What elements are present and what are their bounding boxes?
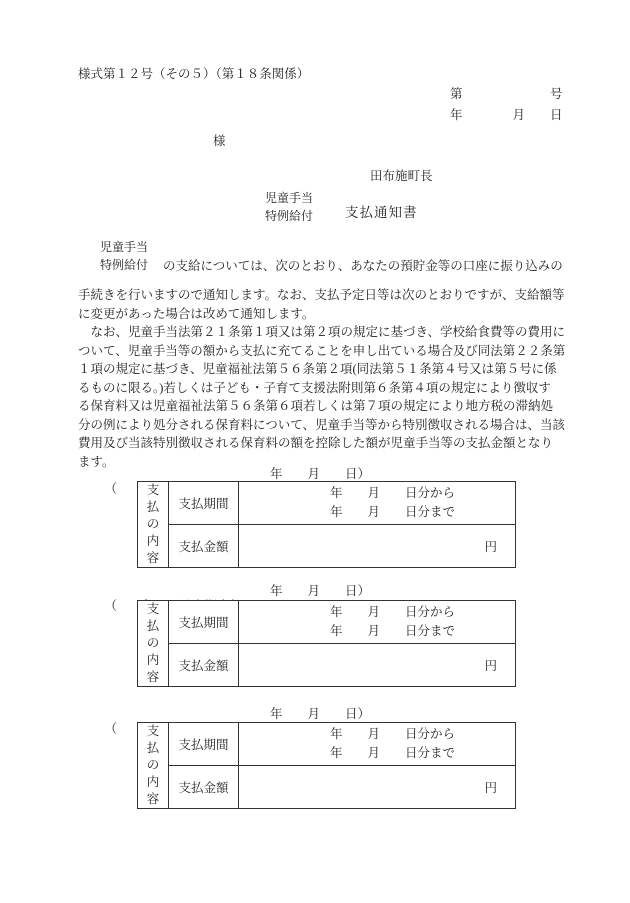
period-cell: 年 月 日分から 年 月 日分まで [239,601,515,643]
body-line: に変更があった場合は改めて通知します。 [78,305,578,324]
document-number-line: 第 号 [450,84,563,102]
payment-table-june: 支払の内容 支払期間 支払金額 年 月 日分から 年 月 日分まで 円 [137,722,516,809]
payment-table-october: 支払の内容 支払期間 支払金額 年 月 日分から 年 月 日分まで 円 [137,481,516,568]
body-line: 分の例により処分される保育料について、児童手当等から特別徴収される場合は、当該 [78,416,578,435]
sender-name: 田布施町長 [370,166,433,184]
title-benefit-type-line1: 児童手当 [265,190,313,208]
amount-cell: 円 [239,643,515,686]
body-line: るものに限る。)若しくは子ども・子育て支援法附則第６条第４項の規定により徴収す [78,379,578,398]
vertical-header-text: 支払の内容 [147,601,160,686]
period-row-label: 支払期間 [169,601,239,643]
amount-cell: 円 [239,524,515,567]
payment-table-february: 支払の内容 支払期間 支払金額 年 月 日分から 年 月 日分まで 円 [137,600,516,687]
vertical-header: 支払の内容 [138,601,169,686]
intro-benefit-type: 児童手当 特例給付 [100,239,148,274]
body-line: なお、児童手当法第２１条第１項又は第２項の規定に基づき、学校給食費等の費用に [78,323,578,342]
period-to: 年 月 日分まで [330,744,515,763]
document-title: 支払通知書 [345,201,418,221]
amount-cell: 円 [239,765,515,808]
vertical-header-text: 支払の内容 [147,723,160,808]
period-to: 年 月 日分まで [330,503,515,522]
amount-row-label: 支払金額 [169,524,239,567]
period-row-label: 支払期間 [169,482,239,524]
payment-table-caption-february: （ 年 ２月定期支払 年 月 日） [92,581,242,597]
form-number: 様式第１２号（その５）（第１８条関係） [78,64,309,82]
intro-benefit-type-line2: 特例給付 [100,257,148,275]
caption-date: 年 月 日） [270,581,370,599]
period-cell: 年 月 日分から 年 月 日分まで [239,723,515,765]
period-from: 年 月 日分から [330,725,515,744]
body-paragraph: 手続きを行いますので通知します。なお、支払予定日等は次のとおりですが、支給額等 … [78,286,578,471]
caption-date: 年 月 日） [270,464,370,482]
intro-text: の支給については、次のとおり、あなたの預貯金等の口座に振り込みの [163,256,563,274]
amount-row-label: 支払金額 [169,643,239,686]
payment-table-caption-june: （ 年 ６月定期支払 年 月 日） [92,704,242,720]
period-cell: 年 月 日分から 年 月 日分まで [239,482,515,524]
addressee-honorific: 様 [213,131,226,149]
period-from: 年 月 日分から [330,603,515,622]
title-benefit-type: 児童手当 特例給付 [265,190,313,225]
vertical-header: 支払の内容 [138,482,169,567]
caption-date: 年 月 日） [270,704,370,722]
document-date-line: 年 月 日 [450,105,563,123]
document-page: 様式第１２号（その５）（第１８条関係） 第 号 年 月 日 様 田布施町長 児童… [0,0,630,903]
period-from: 年 月 日分から [330,484,515,503]
body-line: 費用及び当該特別徴収される保育料の額を控除した額が児童手当等の支払金額となり [78,434,578,453]
vertical-header: 支払の内容 [138,723,169,808]
period-row-label: 支払期間 [169,723,239,765]
amount-row-label: 支払金額 [169,765,239,808]
body-line: ついて、児童手当等の額から支払に充てることを申し出ている場合及び同法第２２条第 [78,342,578,361]
vertical-header-text: 支払の内容 [147,482,160,567]
intro-benefit-type-line1: 児童手当 [100,239,148,257]
body-line: る保育料又は児童福祉法第５６条第６項若しくは第７項の規定により地方税の滞納処 [78,397,578,416]
payment-table-caption-october: （ 年１０月定期支払 年 月 日） [92,464,242,480]
title-benefit-type-line2: 特例給付 [265,208,313,226]
body-line: １項の規定に基づき、児童福祉法第５６条第２項(同法第５１条第４号又は第５号に係 [78,360,578,379]
period-to: 年 月 日分まで [330,622,515,641]
body-line: 手続きを行いますので通知します。なお、支払予定日等は次のとおりですが、支給額等 [78,286,578,305]
